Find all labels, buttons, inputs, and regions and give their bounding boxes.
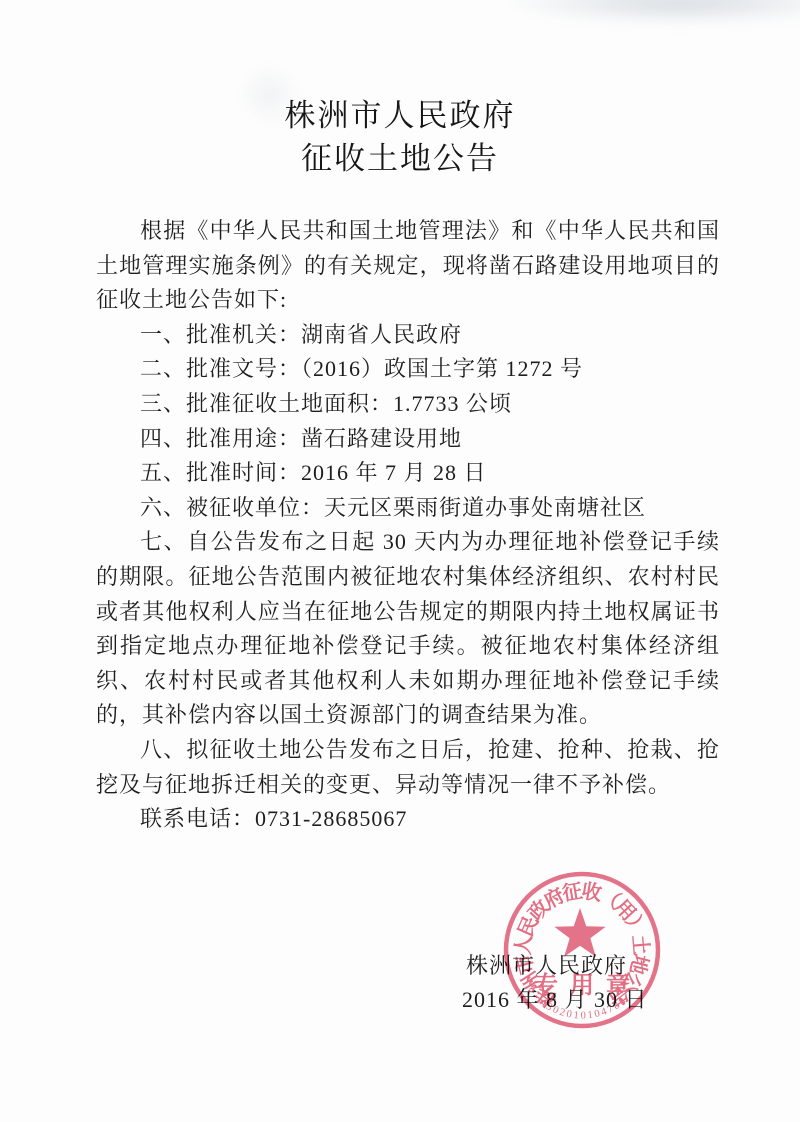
contact-phone: 联系电话：0731-28685067 [96,802,720,837]
scanned-notice-page: 株洲市人民政府 征收土地公告 根据《中华人民共和国土地管理法》和《中华人民共和国… [0,0,800,1122]
seal-ring-char: 府 [539,883,568,914]
item-4-approved-use: 四、批准用途：凿石路建设用地 [96,422,720,457]
seal-ring-char: 民 [514,913,543,941]
title-government-name: 株洲市人民政府 [0,94,800,137]
item-7-registration-terms: 七、自公告发布之日起 30 天内为办理征地补偿登记手续的期限。征地公告范围内被征… [96,525,720,733]
seal-ring-char: 征 [560,878,584,905]
notice-body: 根据《中华人民共和国土地管理法》和《中华人民共和国土地管理实施条例》的有关规定，… [96,214,720,837]
seal-ring-char: （ [596,884,625,914]
item-2-approval-number: 二、批准文号：（2016）政国土字第 1272 号 [96,352,720,387]
seal-ring-char: 政 [523,895,554,926]
seal-ring-char: 收 [580,878,604,905]
signature-issuer: 株洲市人民政府 [462,949,648,983]
scan-smudge-top [500,0,800,26]
item-3-land-area: 三、批准征收土地面积：1.7733 公顷 [96,387,720,422]
item-5-approval-date: 五、批准时间：2016 年 7 月 28 日 [96,456,720,491]
seal-ring-char: 用 [610,895,640,925]
item-6-expropriated-unit: 六、被征收单位：天元区栗雨街道办事处南塘社区 [96,491,720,526]
item-8-no-compensation-clause: 八、拟征收土地公告发布之日后，抢建、抢种、抢栽、抢挖及与征地拆迁相关的变更、异动… [96,733,720,802]
seal-ring-char: ） [621,913,650,941]
title-notice-type: 征收土地公告 [0,137,800,180]
item-1-approving-authority: 一、批准机关：湖南省人民政府 [96,318,720,353]
intro-paragraph: 根据《中华人民共和国土地管理法》和《中华人民共和国土地管理实施条例》的有关规定，… [96,214,720,318]
signature-date: 2016 年 8 月 30 日 [462,983,648,1017]
document-title: 株洲市人民政府 征收土地公告 [0,94,800,180]
signature-block: 株洲市人民政府 2016 年 8 月 30 日 [462,949,648,1017]
